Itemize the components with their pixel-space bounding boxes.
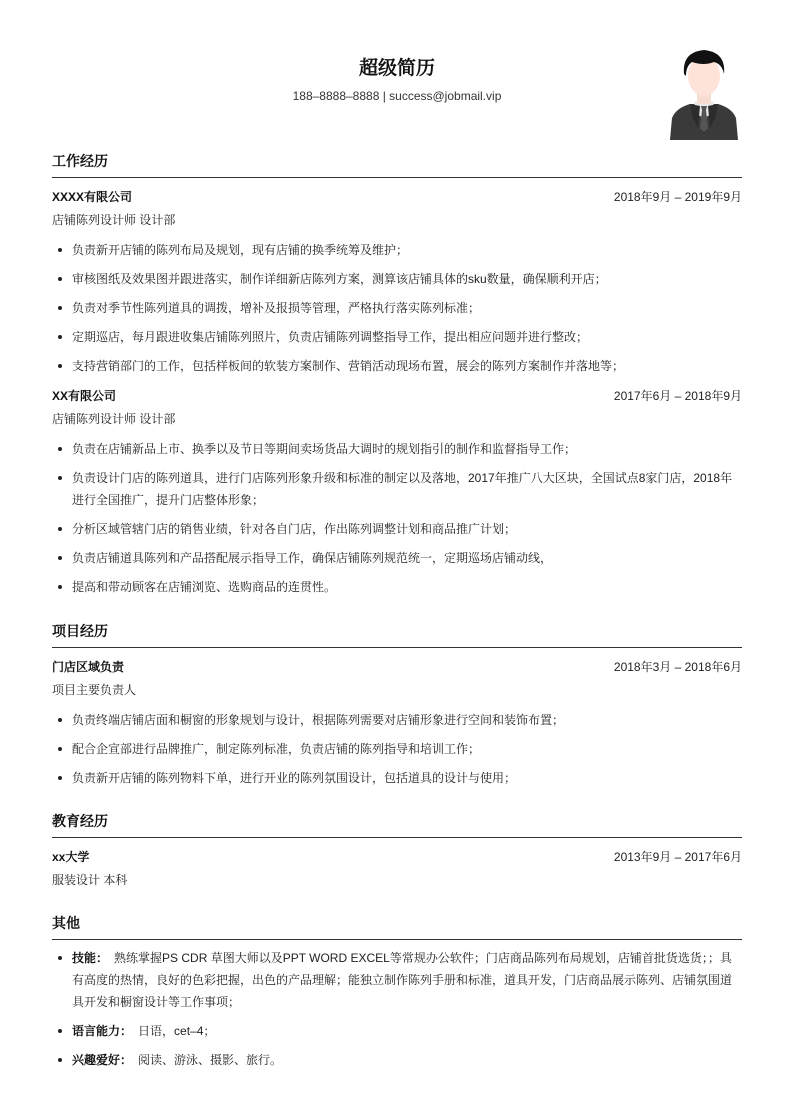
list-item: 负责设计门店的陈列道具，进行门店陈列形象升级和标准的制定以及落地，2017年推广… bbox=[52, 467, 742, 511]
item-label: 语言能力： bbox=[72, 1024, 132, 1038]
list-item: 审核图纸及效果图并跟进落实，制作详细新店陈列方案，测算该店铺具体的sku数量，确… bbox=[52, 268, 742, 290]
list-item: 支持营销部门的工作，包括样板间的软装方案制作、营销活动现场布置，展会的陈列方案制… bbox=[52, 355, 742, 377]
date-range: 2013年9月 – 2017年6月 bbox=[614, 848, 742, 865]
education-entry: xx大学 2013年9月 – 2017年6月 服装设计 本科 bbox=[52, 844, 742, 892]
work-entry: XX有限公司 2017年6月 – 2018年9月 店铺陈列设计师 设计部 负责在… bbox=[52, 383, 742, 598]
list-item: 负责新开店铺的陈列布局及规划，现有店铺的换季统筹及维护； bbox=[52, 239, 742, 261]
date-range: 2018年9月 – 2019年9月 bbox=[614, 188, 742, 205]
item-text: 日语，cet–4； bbox=[138, 1024, 215, 1038]
list-item-languages: 语言能力：日语，cet–4； bbox=[52, 1020, 742, 1042]
list-item: 定期巡店，每月跟进收集店铺陈列照片，负责店铺陈列调整指导工作，提出相应问题并进行… bbox=[52, 326, 742, 348]
list-item: 负责终端店铺店面和橱窗的形象规划与设计，根据陈列需要对店铺形象进行空间和装饰布置… bbox=[52, 709, 742, 731]
job-role: 店铺陈列设计师 设计部 bbox=[52, 208, 742, 232]
date-range: 2018年3月 – 2018年6月 bbox=[614, 658, 742, 675]
list-item: 负责对季节性陈列道具的调拨，增补及报损等管理，严格执行落实陈列标准； bbox=[52, 297, 742, 319]
list-item: 分析区域管辖门店的销售业绩，针对各自门店，作出陈列调整计划和商品推广计划； bbox=[52, 518, 742, 540]
item-text: 熟练掌握PS CDR 草图大师以及PPT WORD EXCEL等常规办公软件；门… bbox=[72, 951, 732, 1009]
item-text: 阅读、游泳、摄影、旅行。 bbox=[138, 1053, 282, 1067]
education-section: 教育经历 xx大学 2013年9月 – 2017年6月 服装设计 本科 bbox=[52, 810, 742, 892]
project-role: 项目主要负责人 bbox=[52, 678, 742, 702]
section-title: 工作经历 bbox=[52, 150, 742, 178]
company-name: XXXX有限公司 bbox=[52, 188, 132, 205]
major-degree: 服装设计 本科 bbox=[52, 868, 742, 892]
list-item: 负责店铺道具陈列和产品搭配展示指导工作，确保店铺陈列规范统一，定期巡场店铺动线， bbox=[52, 547, 742, 569]
item-label: 兴趣爱好： bbox=[72, 1053, 132, 1067]
resume-header: 超级简历 188–8888–8888 | success@jobmail.vip bbox=[0, 0, 794, 150]
bullet-list: 技能：熟练掌握PS CDR 草图大师以及PPT WORD EXCEL等常规办公软… bbox=[52, 947, 742, 1071]
list-item: 提高和带动顾客在店铺浏览、选购商品的连贯性。 bbox=[52, 576, 742, 598]
project-entry: 门店区域负责 2018年3月 – 2018年6月 项目主要负责人 负责终端店铺店… bbox=[52, 654, 742, 789]
person-avatar-icon bbox=[668, 44, 740, 140]
project-experience-section: 项目经历 门店区域负责 2018年3月 – 2018年6月 项目主要负责人 负责… bbox=[52, 620, 742, 789]
bullet-list: 负责在店铺新品上市、换季以及节日等期间卖场货品大调时的规划指引的制作和监督指导工… bbox=[52, 438, 742, 598]
section-title: 教育经历 bbox=[52, 810, 742, 838]
date-range: 2017年6月 – 2018年9月 bbox=[614, 387, 742, 404]
bullet-list: 负责新开店铺的陈列布局及规划，现有店铺的换季统筹及维护； 审核图纸及效果图并跟进… bbox=[52, 239, 742, 377]
work-experience-section: 工作经历 XXXX有限公司 2018年9月 – 2019年9月 店铺陈列设计师 … bbox=[52, 150, 742, 598]
list-item: 负责在店铺新品上市、换季以及节日等期间卖场货品大调时的规划指引的制作和监督指导工… bbox=[52, 438, 742, 460]
bullet-list: 负责终端店铺店面和橱窗的形象规划与设计，根据陈列需要对店铺形象进行空间和装饰布置… bbox=[52, 709, 742, 789]
job-role: 店铺陈列设计师 设计部 bbox=[52, 407, 742, 431]
school-name: xx大学 bbox=[52, 848, 89, 865]
section-title: 其他 bbox=[52, 912, 742, 940]
item-label: 技能： bbox=[72, 951, 108, 965]
project-name: 门店区域负责 bbox=[52, 658, 124, 675]
section-title: 项目经历 bbox=[52, 620, 742, 648]
list-item-hobbies: 兴趣爱好：阅读、游泳、摄影、旅行。 bbox=[52, 1049, 742, 1071]
work-entry: XXXX有限公司 2018年9月 – 2019年9月 店铺陈列设计师 设计部 负… bbox=[52, 184, 742, 377]
list-item: 配合企宣部进行品牌推广，制定陈列标准，负责店铺的陈列指导和培训工作； bbox=[52, 738, 742, 760]
list-item: 负责新开店铺的陈列物料下单，进行开业的陈列氛围设计，包括道具的设计与使用； bbox=[52, 767, 742, 789]
list-item-skills: 技能：熟练掌握PS CDR 草图大师以及PPT WORD EXCEL等常规办公软… bbox=[52, 947, 742, 1013]
company-name: XX有限公司 bbox=[52, 387, 116, 404]
other-section: 其他 技能：熟练掌握PS CDR 草图大师以及PPT WORD EXCEL等常规… bbox=[52, 912, 742, 1071]
